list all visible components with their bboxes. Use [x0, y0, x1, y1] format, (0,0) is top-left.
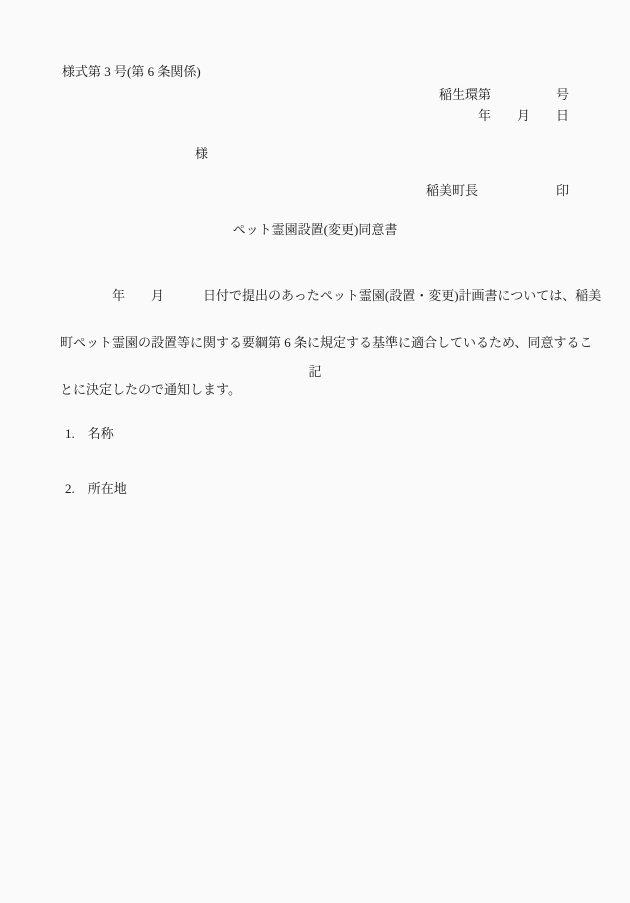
body-line-1: 年 月 日付で提出のあったペット霊園(設置・変更)計画書については、稲美: [60, 285, 575, 306]
document-title: ペット霊園設置(変更)同意書: [0, 223, 630, 236]
form-number: 様式第 3 号(第 6 条関係): [62, 65, 201, 78]
body-line-2: 町ペット霊園の設置等に関する要綱第 6 条に規定する基準に適合しているため、同意…: [60, 332, 575, 353]
addressee-honorific: 様: [195, 147, 208, 160]
section-marker-ki: 記: [0, 365, 630, 378]
list-item-name: 1. 名称: [65, 427, 114, 440]
issue-date-line: 年 月 日: [478, 109, 569, 122]
issuer-seal-line: 稲美町長 印: [426, 184, 569, 197]
body-line-3: とに決定したので通知します。: [60, 379, 575, 400]
document-page: 様式第 3 号(第 6 条関係) 稲生環第 号 年 月 日 様 稲美町長 印 ペ…: [0, 0, 630, 903]
list-item-location: 2. 所在地: [65, 482, 127, 495]
body-paragraph: 年 月 日付で提出のあったペット霊園(設置・変更)計画書については、稲美 町ペッ…: [60, 259, 575, 426]
document-number-line: 稲生環第 号: [439, 88, 569, 101]
